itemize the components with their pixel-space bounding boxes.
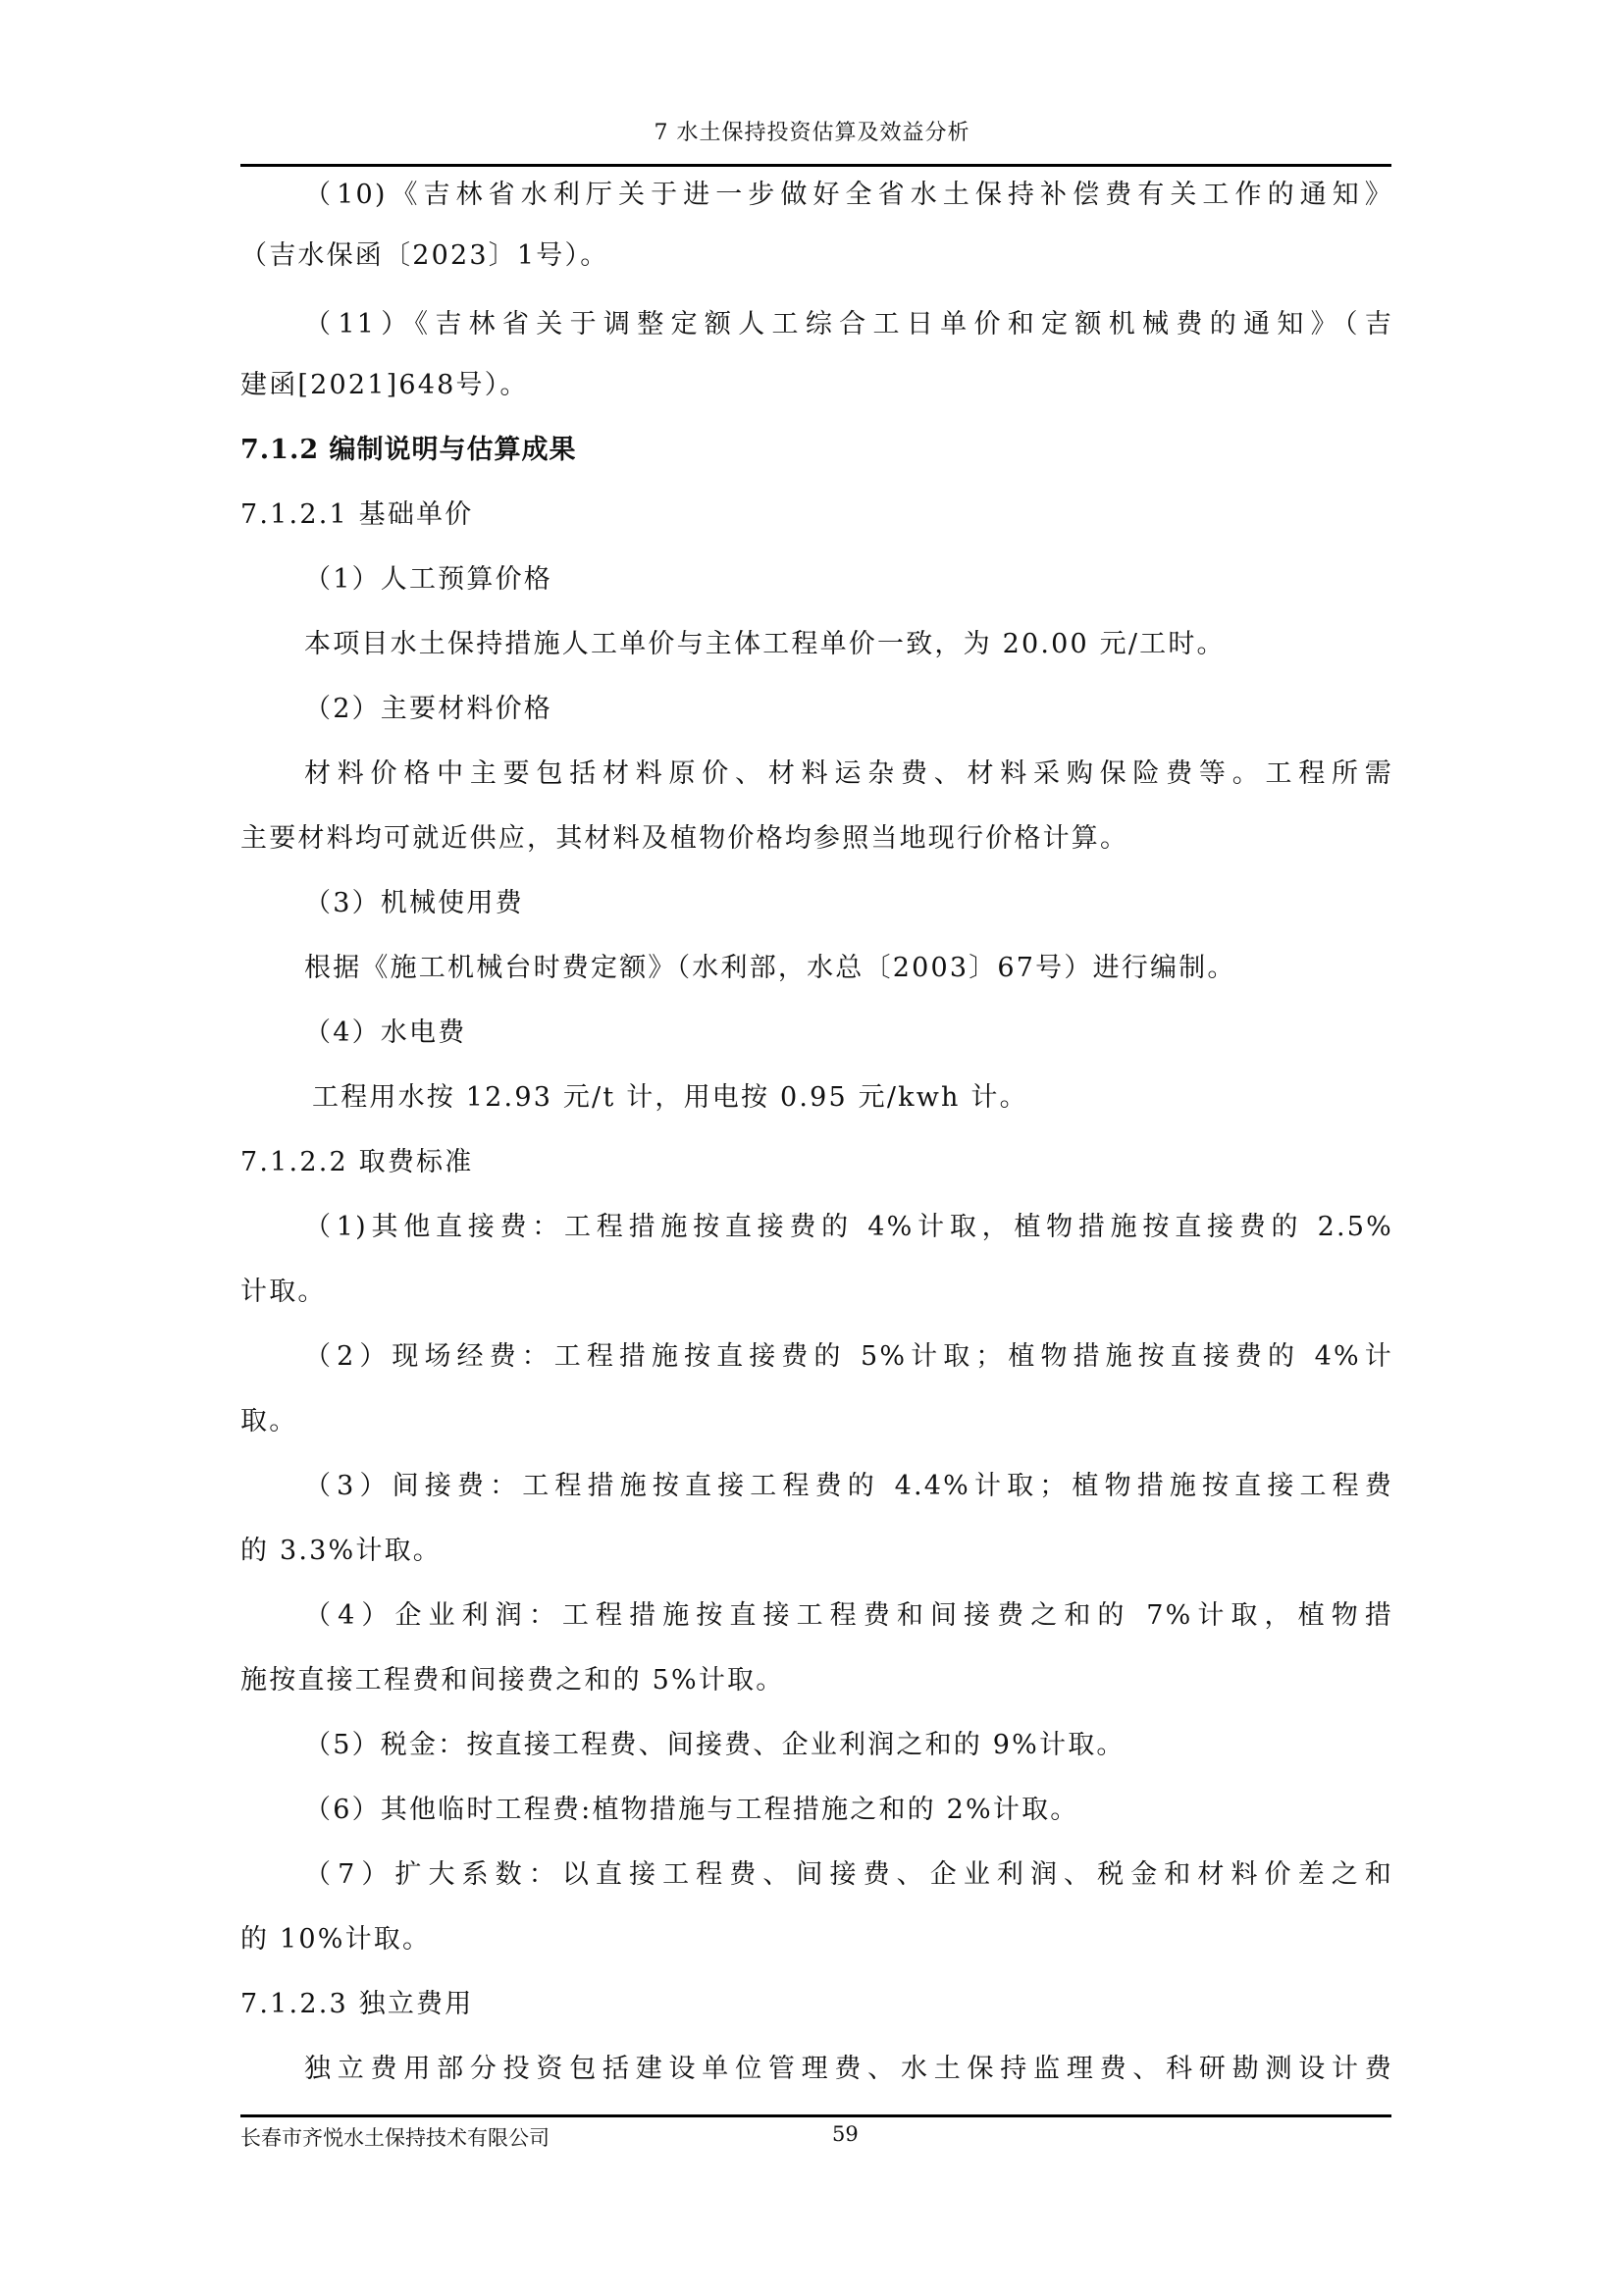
paragraph-independent-costs: 独立费用部分投资包括建设单位管理费、水土保持监理费、科研勘测设计费 [304, 2053, 1393, 2086]
running-header-title: 7 水土保持投资估算及效益分析 [0, 116, 1624, 146]
subsection-heading-7-1-2-3: 7.1.2.3 独立费用 [240, 1988, 1393, 2021]
fee-item-other-direct: （1)其他直接费：工程措施按直接费的 4%计取，植物措施按直接费的 2.5% [304, 1211, 1393, 1244]
item-heading-labor-price: （1）人工预算价格 [304, 563, 1393, 597]
paragraph-labor-price: 本项目水土保持措施人工单价与主体工程单价一致，为 20.00 元/工时。 [304, 628, 1393, 661]
footer-company-name: 长春市齐悦水土保持技术有限公司 [240, 2122, 550, 2152]
fee-item-expansion-factor: （7）扩大系数：以直接工程费、间接费、企业利润、税金和材料价差之和 [304, 1858, 1393, 1892]
paragraph-material-price-cont: 主要材料均可就近供应，其材料及植物价格均参照当地现行价格计算。 [240, 822, 1393, 856]
subsection-heading-7-1-2-1: 7.1.2.1 基础单价 [240, 498, 1393, 532]
fee-item-tax: （5）税金：按直接工程费、间接费、企业利润之和的 9%计取。 [304, 1729, 1393, 1762]
footer-divider [240, 2114, 1391, 2117]
fee-item-profit-cont: 施按直接工程费和间接费之和的 5%计取。 [240, 1664, 1393, 1697]
item-heading-material-price: （2）主要材料价格 [304, 693, 1393, 726]
paragraph-material-price: 材料价格中主要包括材料原价、材料运杂费、材料采购保险费等。工程所需 [304, 757, 1393, 791]
fee-item-indirect-cont: 的 3.3%计取。 [240, 1535, 1393, 1568]
fee-item-temporary-works: （6）其他临时工程费:植物措施与工程措施之和的 2%计取。 [304, 1794, 1393, 1827]
page-number: 59 [832, 2122, 859, 2146]
paragraph-utilities: 工程用水按 12.93 元/t 计，用电按 0.95 元/kwh 计。 [312, 1081, 1401, 1115]
section-heading-7-1-2: 7.1.2 编制说明与估算成果 [240, 434, 1393, 467]
fee-item-indirect: （3）间接费：工程措施按直接工程费的 4.4%计取；植物措施按直接工程费 [304, 1470, 1393, 1503]
fee-item-expansion-factor-cont: 的 10%计取。 [240, 1923, 1393, 1956]
item-heading-machinery-fee: （3）机械使用费 [304, 887, 1393, 920]
subsection-heading-7-1-2-2: 7.1.2.2 取费标准 [240, 1146, 1393, 1179]
fee-item-site-expense-cont: 取。 [240, 1405, 1393, 1438]
item-heading-utilities: （4）水电费 [304, 1017, 1393, 1050]
header-divider [240, 164, 1391, 167]
reference-item-10-cont: （吉水保函〔2023〕1号）。 [240, 239, 1393, 273]
reference-item-11: （11）《吉林省关于调整定额人工综合工日单价和定额机械费的通知》（吉 [304, 308, 1393, 341]
paragraph-machinery-fee: 根据《施工机械台时费定额》（水利部，水总〔2003〕67号）进行编制。 [304, 952, 1393, 985]
fee-item-other-direct-cont: 计取。 [240, 1276, 1393, 1309]
reference-item-10: （10)《吉林省水利厅关于进一步做好全省水土保持补偿费有关工作的通知》 [304, 179, 1393, 212]
reference-item-11-cont: 建函[2021]648号）。 [240, 369, 1393, 402]
fee-item-profit: （4）企业利润：工程措施按直接工程费和间接费之和的 7%计取，植物措 [304, 1599, 1393, 1633]
fee-item-site-expense: （2）现场经费：工程措施按直接费的 5%计取；植物措施按直接费的 4%计 [304, 1340, 1393, 1374]
